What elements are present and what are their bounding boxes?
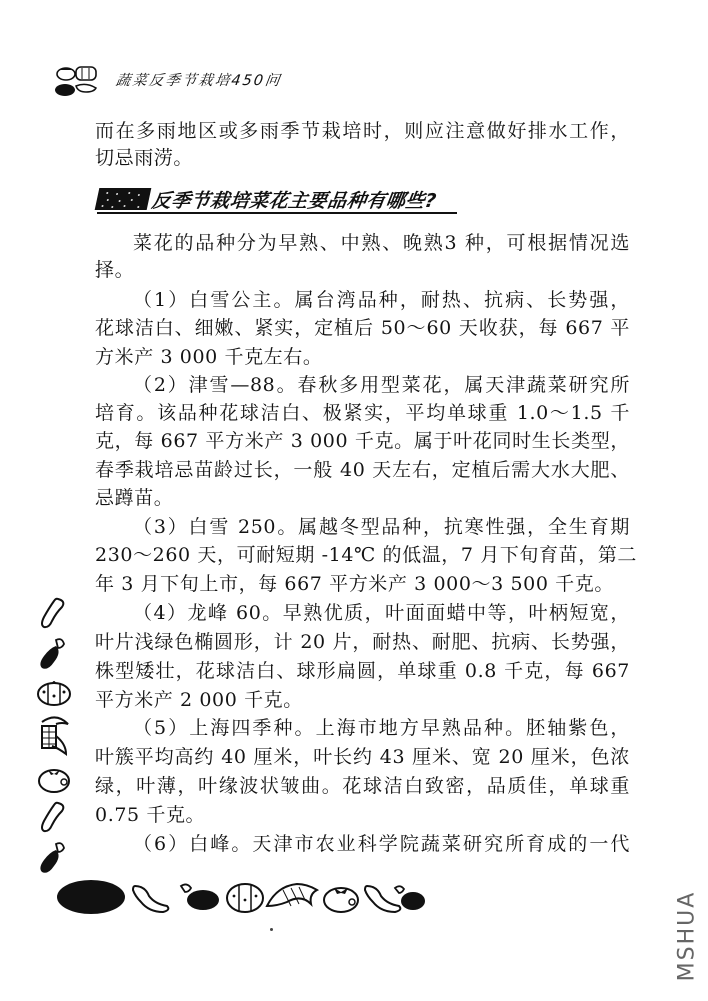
text-line: 而在多雨地区或多雨季节栽培时，则应注意做好排水工作， xyxy=(95,119,630,143)
text-line: （2）津雪—88。春秋多用型菜花，属天津蔬菜研究所 xyxy=(133,373,630,397)
corn-icon xyxy=(36,714,72,758)
cucumber-icon xyxy=(365,886,400,912)
pumpkin-icon xyxy=(36,678,72,708)
text-line: 年 3 月下旬上市，每 667 平方米产 3 000～3 500 千克。 xyxy=(95,572,630,596)
text-line: 0.75 千克。 xyxy=(95,803,630,827)
text-line: （6）白峰。天津市农业科学院蔬菜研究所育成的一代 xyxy=(133,832,630,856)
section-heading: 反季节栽培菜花主要品种有哪些? xyxy=(97,186,457,214)
text-line: 方米产 3 000 千克左右。 xyxy=(95,345,630,369)
text-line: （1）白雪公主。属台湾品种，耐热、抗病、长势强， xyxy=(133,288,630,312)
corn-icon xyxy=(267,884,317,906)
text-line: 择。 xyxy=(95,258,630,282)
watermark-text: MSHUA xyxy=(675,891,700,982)
watermark: MSHUA xyxy=(672,880,702,992)
text-line: 培育。该品种花球洁白、极紧实，平均单球重 1.0～1.5 千 xyxy=(95,401,630,425)
vegetables-logo-icon xyxy=(52,64,102,98)
text-line: 切忌雨涝。 xyxy=(95,146,630,170)
text-line: 克，每 667 平方米产 3 000 千克。属于叶花同时生长类型， xyxy=(95,429,630,453)
pumpkin-icon xyxy=(227,884,263,912)
text-line: 叶片浅绿色椭圆形，计 20 片，耐热、耐肥、抗病、长势强， xyxy=(95,630,630,654)
text-line: （3）白雪 250。属越冬型品种，抗寒性强，全生育期 xyxy=(133,515,630,539)
cucumber-icon xyxy=(36,800,70,834)
tomato-icon xyxy=(36,764,72,794)
eggplant-icon xyxy=(36,636,70,672)
book-page: 蔬菜反季节栽培450问 而在多雨地区或多雨季节栽培时，则应注意做好排水工作， 切… xyxy=(0,0,708,1001)
cucumber-icon xyxy=(36,596,70,630)
text-line: （4）龙峰 60。早熟优质，叶面面蜡中等，叶柄短宽， xyxy=(133,601,630,625)
text-line: 忌蹲苗。 xyxy=(95,486,630,510)
black-oval xyxy=(57,880,125,914)
bottom-decoration-border xyxy=(55,876,425,918)
scan-speck xyxy=(270,928,273,931)
text-line: 春季栽培忌苗龄过长，一般 40 天左右，定植后需大水大肥、 xyxy=(95,458,630,482)
text-line: 菜花的品种分为早熟、中熟、晚熟3 种，可根据情况选 xyxy=(133,231,630,255)
text-line: 平方米产 2 000 千克。 xyxy=(95,688,630,712)
eggplant-icon xyxy=(181,884,219,910)
text-line: 花球洁白、细嫩、紧实，定植后 50～60 天收获，每 667 平 xyxy=(95,316,630,340)
text-line: （5）上海四季种。上海市地方早熟品种。胚轴紫色， xyxy=(133,716,630,740)
text-line: 叶簇平均高约 40 厘米，叶长约 43 厘米、宽 20 厘米，色浓 xyxy=(95,745,630,769)
book-running-title: 蔬菜反季节栽培450问 xyxy=(115,69,284,90)
text-line: 绿，叶薄，叶缘波状皱曲。花球洁白致密，品质佳，单球重 xyxy=(95,774,630,798)
section-marker-block xyxy=(95,188,152,210)
cucumber-icon xyxy=(133,886,168,912)
section-heading-text: 反季节栽培菜花主要品种有哪些? xyxy=(150,186,438,213)
eggplant-icon xyxy=(36,840,70,876)
text-line: 株型矮壮，花球洁白、球形扁圆，单球重 0.8 千克，每 667 xyxy=(95,659,630,683)
text-line: 230～260 天，可耐短期 -14℃ 的低温，7 月下旬育苗，第二 xyxy=(95,543,630,567)
tomato-icon xyxy=(324,888,358,912)
margin-decoration xyxy=(36,596,76,882)
